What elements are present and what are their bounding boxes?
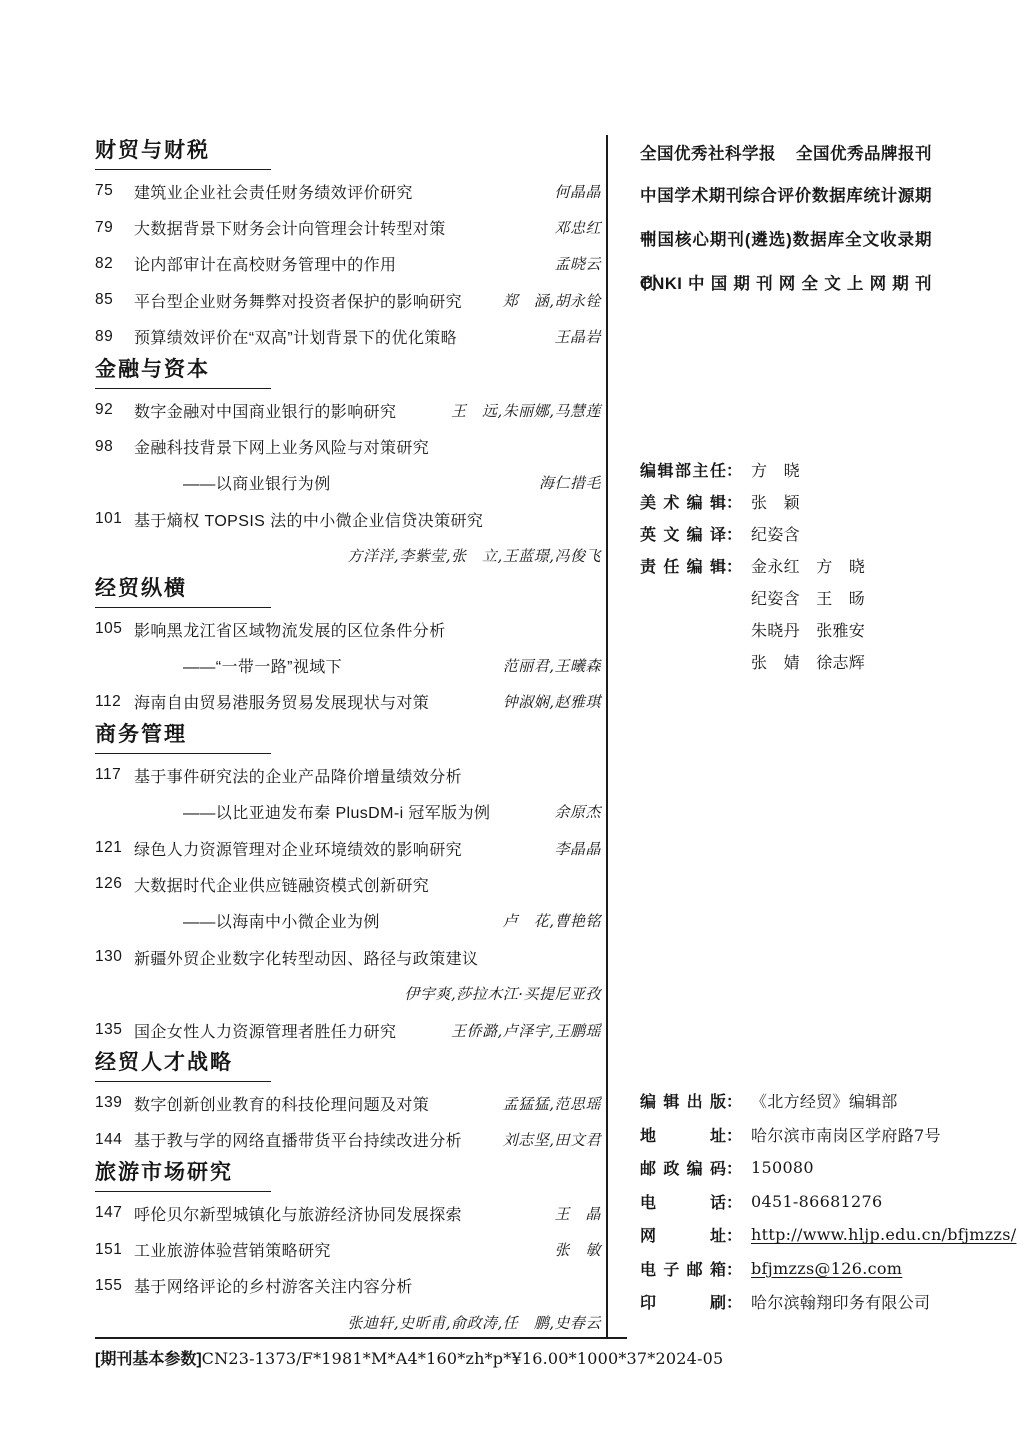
page-number: 135 [95,1021,134,1039]
toc-row: 82 论内部审计在高校财务管理中的作用 孟晓云 [95,246,601,282]
staff-value: 张 婧 徐志辉 [751,650,865,673]
toc-row: 98 金融科技背景下网上业务风险与对策研究 [95,428,601,464]
toc-row: 89 预算绩效评价在“双高”计划背景下的优化策略 王晶岩 [95,319,601,355]
badge-core-journal: 中国核心期刊(遴选)数据库全文收录期刊 [640,218,932,262]
staff-row: 美术编辑 ： 张 颖 [640,485,932,517]
article-authors: 王 晶 [554,1203,601,1224]
toc-row: 126 大数据时代企业供应链融资模式创新研究 [95,866,601,902]
publisher-row: 网址 ： http://www.hljp.edu.cn/bfjmzzs/ [640,1218,932,1252]
article-authors: 邓忠红 [554,217,601,238]
article-authors: 伊宇爽,莎拉木江·买提尼亚孜 [404,983,601,1004]
toc-row: 117 基于事件研究法的企业产品降价增量绩效分析 [95,757,601,793]
toc-row: 130 新疆外贸企业数字化转型动因、路径与政策建议 [95,939,601,975]
label-colon: ： [726,554,742,577]
publisher-label: 电子邮箱 [640,1257,726,1280]
page-number: 117 [95,766,134,784]
section-talent-strategy: 经贸人才战略 139 数字创新创业教育的科技伦理问题及对策 孟猛猛,范思瑶 14… [95,1048,601,1158]
publisher-label: 电话 [640,1190,726,1213]
article-title: 论内部审计在高校财务管理中的作用 [134,252,546,275]
section-rule [95,607,271,608]
badge-brand-journal: 全国优秀品牌报刊 [796,140,932,164]
staff-row-continued: 朱晓丹 张雅安 [640,613,932,645]
section-header: 财贸与财税 [95,136,601,163]
article-title: 金融科技背景下网上业务风险与对策研究 [134,435,601,458]
staff-value: 金永红 方 晓 [751,554,865,577]
article-authors: 刘志坚,田文君 [503,1129,601,1150]
label-colon: ： [726,458,742,481]
staff-row: 编辑部主任 ： 方 晓 [640,453,932,485]
section-business-management: 商务管理 117 基于事件研究法的企业产品降价增量绩效分析 ——以比亚迪发布秦 … [95,720,601,1048]
article-title: 基于事件研究法的企业产品降价增量绩效分析 [134,764,601,787]
page-number: 75 [95,182,134,200]
staff-row: 责任编辑 ： 金永红 方 晓 [640,549,932,581]
email-link[interactable]: bfjmzzs@126.com [751,1259,902,1278]
page-number: 121 [95,839,134,857]
column-divider [606,135,608,1338]
staff-label: 美术编辑 [640,490,726,513]
page-number: 105 [95,620,134,638]
page-number: 126 [95,875,134,893]
article-authors: 方洋洋,李紫莹,张 立,王蓝璟,冯俊飞 [347,545,601,566]
article-authors: 张 敏 [554,1239,601,1260]
toc-row: 112 海南自由贸易港服务贸易发展现状与对策 钟淑娴,赵雅琪 [95,684,601,720]
publisher-label: 邮政编码 [640,1156,726,1179]
section-rule [95,1081,271,1082]
label-colon: ： [726,1290,742,1313]
publisher-label: 地址 [640,1123,726,1146]
section-header: 经贸人才战略 [95,1048,601,1075]
journal-toc-page: 财贸与财税 75 建筑业企业社会责任财务绩效评价研究 何晶晶 79 大数据背景下… [0,0,1024,1448]
article-authors: 卢 花,曹艳铭 [503,910,601,931]
publisher-row: 印刷 ： 哈尔滨翰翔印务有限公司 [640,1285,932,1319]
article-title: 预算绩效评价在“双高”计划背景下的优化策略 [134,325,546,348]
article-title: 海南自由贸易港服务贸易发展现状与对策 [134,690,495,713]
page-number: 82 [95,255,134,273]
badge-national-journal: 全国优秀社科学报 [640,140,776,164]
section-trade-overview: 经贸纵横 105 影响黑龙江省区域物流发展的区位条件分析 ——“一带一路”视域下… [95,574,601,720]
label-colon: ： [726,1156,742,1179]
article-title: 新疆外贸企业数字化转型动因、路径与政策建议 [134,946,601,969]
publisher-value: 150080 [751,1158,814,1177]
section-rule [95,753,271,754]
toc-row: 144 基于教与学的网络直播带货平台持续改进分析 刘志坚,田文君 [95,1122,601,1158]
toc-row: 139 数字创新创业教育的科技伦理问题及对策 孟猛猛,范思瑶 [95,1085,601,1121]
article-authors: 钟淑娴,赵雅琪 [503,691,601,712]
article-subtitle: ——以海南中小微企业为例 [95,909,495,932]
article-subtitle: ——以商业银行为例 [95,471,531,494]
toc-row: 79 大数据背景下财务会计向管理会计转型对策 邓忠红 [95,209,601,245]
page-number: 79 [95,219,134,237]
section-tourism-research: 旅游市场研究 147 呼伦贝尔新型城镇化与旅游经济协同发展探索 王 晶 151 … [95,1158,601,1341]
article-title: 大数据时代企业供应链融资模式创新研究 [134,873,601,896]
toc-row: 张迪轩,史昕甫,俞政涛,任 鹏,史春云 [95,1304,601,1340]
toc-row: 151 工业旅游体验营销策略研究 张 敏 [95,1231,601,1267]
staff-value: 张 颖 [751,490,800,513]
label-colon: ： [726,1190,742,1213]
toc-row: 155 基于网络评论的乡村游客关注内容分析 [95,1268,601,1304]
toc-row: 92 数字金融对中国商业银行的影响研究 王 远,朱丽娜,马慧莲 [95,392,601,428]
toc-row: 105 影响黑龙江省区域物流发展的区位条件分析 [95,611,601,647]
publisher-info-block: 编辑出版 ： 《北方经贸》编辑部 地址 ： 哈尔滨市南岗区学府路7号 邮政编码 … [640,1084,932,1319]
editorial-staff-block: 编辑部主任 ： 方 晓 美术编辑 ： 张 颖 英文编译 ： 纪姿含 责任编辑 ：… [640,453,932,677]
article-title: 数字创新创业教育的科技伦理问题及对策 [134,1092,495,1115]
badge-cajced: 中国学术期刊综合评价数据库统计源期刊 [640,174,932,218]
article-authors: 余原杰 [554,801,601,822]
badge-cnki: CNKI中国期刊网全文上网期刊 [640,262,932,306]
staff-label: 责任编辑 [640,554,726,577]
publisher-label: 编辑出版 [640,1089,726,1112]
page-number: 101 [95,510,134,528]
toc-row: ——以海南中小微企业为例 卢 花,曹艳铭 [95,903,601,939]
staff-row-continued: 张 婧 徐志辉 [640,645,932,677]
staff-value: 朱晓丹 张雅安 [751,618,865,641]
staff-value: 纪姿含 [751,522,800,545]
article-title: 呼伦贝尔新型城镇化与旅游经济协同发展探索 [134,1202,546,1225]
article-title: 平台型企业财务舞弊对投资者保护的影响研究 [134,289,495,312]
label-colon: ： [726,490,742,513]
parameters-label: [期刊基本参数] [95,1351,202,1368]
toc-row: ——“一带一路”视域下 范丽君,王曦森 [95,647,601,683]
staff-row: 英文编译 ： 纪姿含 [640,517,932,549]
section-rule [95,388,271,389]
page-number: 144 [95,1131,134,1149]
article-authors: 海仁措毛 [539,472,601,493]
toc-row: ——以比亚迪发布秦 PlusDM-i 冠军版为例 余原杰 [95,793,601,829]
staff-label: 英文编译 [640,522,726,545]
website-link[interactable]: http://www.hljp.edu.cn/bfjmzzs/ [751,1225,1016,1244]
page-number: 151 [95,1241,134,1259]
toc-row: 147 呼伦贝尔新型城镇化与旅游经济协同发展探索 王 晶 [95,1195,601,1231]
toc-row: 伊宇爽,莎拉木江·买提尼亚孜 [95,975,601,1011]
article-subtitle: ——以比亚迪发布秦 PlusDM-i 冠军版为例 [95,800,546,823]
section-header: 金融与资本 [95,355,601,382]
info-column: 全国优秀社科学报 全国优秀品牌报刊 中国学术期刊综合评价数据库统计源期刊 中国核… [640,130,932,306]
publisher-row: 地址 ： 哈尔滨市南岗区学府路7号 [640,1118,932,1152]
article-authors: 王 远,朱丽娜,马慧莲 [451,400,601,421]
article-title: 国企女性人力资源管理者胜任力研究 [134,1019,443,1042]
section-finance-capital: 金融与资本 92 数字金融对中国商业银行的影响研究 王 远,朱丽娜,马慧莲 98… [95,355,601,574]
section-rule [95,169,271,170]
label-colon: ： [726,1257,742,1280]
article-title: 大数据背景下财务会计向管理会计转型对策 [134,216,546,239]
section-header: 商务管理 [95,720,601,747]
toc-row: 101 基于熵权 TOPSIS 法的中小微企业信贷决策研究 [95,501,601,537]
page-number: 130 [95,948,134,966]
label-colon: ： [726,522,742,545]
label-colon: ： [726,1123,742,1146]
article-authors: 孟猛猛,范思瑶 [503,1093,601,1114]
page-number: 147 [95,1204,134,1222]
article-authors: 王侨潞,卢泽宇,王鹏瑶 [451,1020,601,1041]
toc-row: 85 平台型企业财务舞弊对投资者保护的影响研究 郑 涵,胡永铨 [95,282,601,318]
toc-row: ——以商业银行为例 海仁措毛 [95,465,601,501]
section-header: 旅游市场研究 [95,1158,601,1185]
publisher-label: 网址 [640,1223,726,1246]
publisher-row: 编辑出版 ： 《北方经贸》编辑部 [640,1084,932,1118]
article-subtitle: ——“一带一路”视域下 [95,654,495,677]
article-title: 基于网络评论的乡村游客关注内容分析 [134,1274,601,1297]
section-header: 经贸纵横 [95,574,601,601]
publisher-row: 电子邮箱 ： bfjmzzs@126.com [640,1252,932,1286]
toc-row: 方洋洋,李紫莹,张 立,王蓝璟,冯俊飞 [95,538,601,574]
staff-row-continued: 纪姿含 王 旸 [640,581,932,613]
staff-label: 编辑部主任 [640,458,726,481]
publisher-value: 哈尔滨市南岗区学府路7号 [751,1123,941,1146]
badge-line-1: 全国优秀社科学报 全国优秀品牌报刊 [640,130,932,174]
page-number: 89 [95,328,134,346]
page-number: 112 [95,693,134,711]
journal-parameters-line: [期刊基本参数]CN23-1373/F*1981*M*A4*160*zh*p*¥… [95,1346,627,1369]
publisher-value: 《北方经贸》编辑部 [751,1089,898,1112]
toc-row: 121 绿色人力资源管理对企业环境绩效的影响研究 李晶晶 [95,830,601,866]
article-authors: 李晶晶 [554,838,601,859]
staff-value: 纪姿含 王 旸 [751,586,865,609]
article-title: 基于教与学的网络直播带货平台持续改进分析 [134,1128,495,1151]
publisher-value: 哈尔滨翰翔印务有限公司 [751,1290,930,1313]
section-rule [95,1191,271,1192]
page-number: 85 [95,291,134,309]
toc-row: 135 国企女性人力资源管理者胜任力研究 王侨潞,卢泽宇,王鹏瑶 [95,1012,601,1048]
section-trade-finance: 财贸与财税 75 建筑业企业社会责任财务绩效评价研究 何晶晶 79 大数据背景下… [95,136,601,355]
publisher-row: 邮政编码 ： 150080 [640,1151,932,1185]
article-authors: 王晶岩 [554,326,601,347]
article-title: 建筑业企业社会责任财务绩效评价研究 [134,180,546,203]
page-number: 92 [95,401,134,419]
label-colon: ： [726,1223,742,1246]
article-title: 绿色人力资源管理对企业环境绩效的影响研究 [134,837,546,860]
article-authors: 孟晓云 [554,253,601,274]
article-title: 工业旅游体验营销策略研究 [134,1238,546,1261]
article-authors: 范丽君,王曦森 [503,655,601,676]
toc-column: 财贸与财税 75 建筑业企业社会责任财务绩效评价研究 何晶晶 79 大数据背景下… [95,136,601,1341]
page-number: 139 [95,1094,134,1112]
article-authors: 张迪轩,史昕甫,俞政涛,任 鹏,史春云 [347,1312,601,1333]
article-authors: 郑 涵,胡永铨 [503,290,601,311]
article-title: 数字金融对中国商业银行的影响研究 [134,399,443,422]
publisher-row: 电话 ： 0451-86681276 [640,1185,932,1219]
staff-value: 方 晓 [751,458,800,481]
parameters-value: CN23-1373/F*1981*M*A4*160*zh*p*¥16.00*10… [202,1349,724,1368]
toc-row: 75 建筑业企业社会责任财务绩效评价研究 何晶晶 [95,173,601,209]
article-title: 影响黑龙江省区域物流发展的区位条件分析 [134,618,601,641]
publisher-value: 0451-86681276 [751,1192,882,1211]
publisher-label: 印刷 [640,1290,726,1313]
label-colon: ： [726,1089,742,1112]
page-number: 155 [95,1277,134,1295]
article-authors: 何晶晶 [554,181,601,202]
page-number: 98 [95,438,134,456]
article-title: 基于熵权 TOPSIS 法的中小微企业信贷决策研究 [134,508,601,531]
